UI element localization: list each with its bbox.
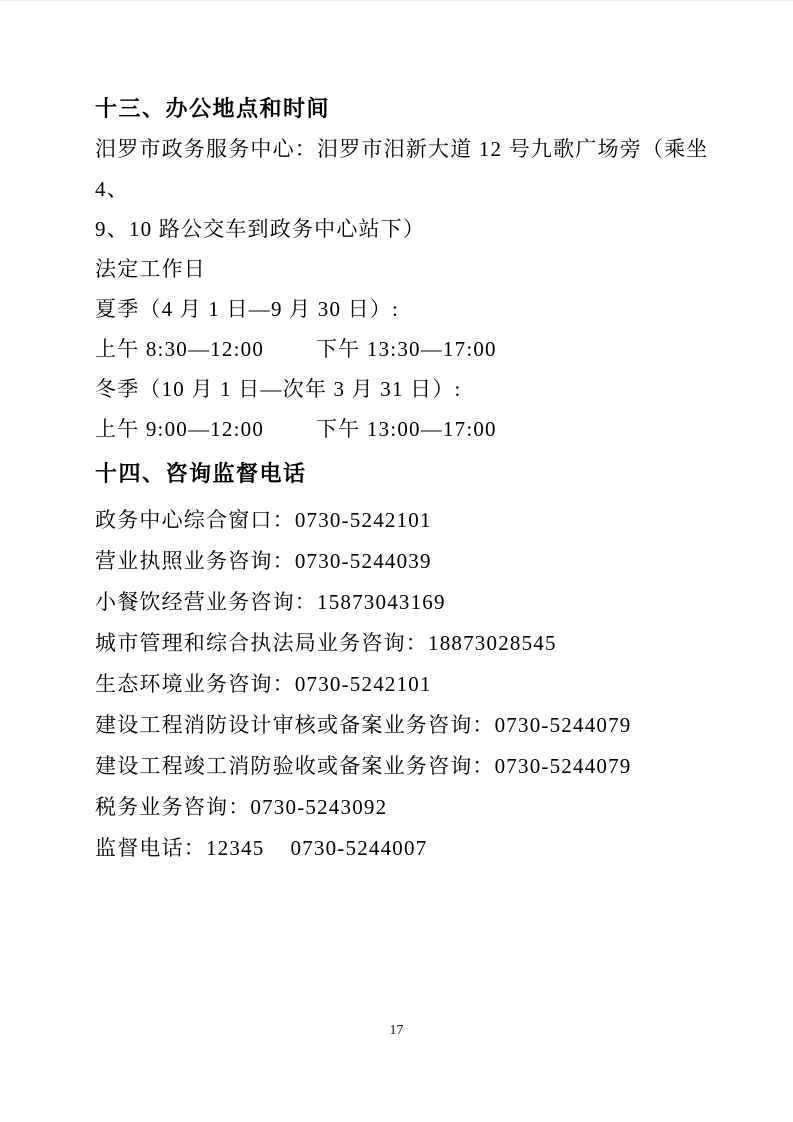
phone-number: 0730-5244079 bbox=[495, 713, 632, 737]
supervision-number-1: 12345 bbox=[206, 836, 265, 860]
phone-number: 0730-5242101 bbox=[295, 508, 432, 532]
phone-label: 小餐饮经营业务咨询： bbox=[95, 590, 317, 614]
winter-label-line: 冬季（10 月 1 日—次年 3 月 31 日）: bbox=[95, 369, 731, 409]
phone-entry: 城市管理和综合执法局业务咨询：18873028545 bbox=[95, 623, 731, 664]
section-13-heading: 十三、办公地点和时间 bbox=[95, 89, 731, 129]
supervision-line: 监督电话：123450730-5244007 bbox=[95, 828, 731, 869]
phone-label: 政务中心综合窗口： bbox=[95, 508, 295, 532]
phone-entry: 营业执照业务咨询：0730-5244039 bbox=[95, 541, 731, 582]
phone-number: 18873028545 bbox=[428, 631, 557, 655]
phone-list: 政务中心综合窗口：0730-5242101 营业执照业务咨询：0730-5244… bbox=[95, 500, 731, 869]
phone-entry: 建设工程消防设计审核或备案业务咨询：0730-5244079 bbox=[95, 705, 731, 746]
section-14-heading: 十四、咨询监督电话 bbox=[95, 454, 731, 494]
phone-entry: 小餐饮经营业务咨询：15873043169 bbox=[95, 582, 731, 623]
phone-number: 15873043169 bbox=[317, 590, 446, 614]
winter-morning-hours: 上午 9:00—12:00 bbox=[95, 417, 264, 441]
phone-label: 生态环境业务咨询： bbox=[95, 672, 295, 696]
summer-afternoon-hours: 下午 13:30—17:00 bbox=[316, 337, 497, 361]
phone-entry: 建设工程竣工消防验收或备案业务咨询：0730-5244079 bbox=[95, 746, 731, 787]
address-line-1: 汨罗市政务服务中心：汨罗市汨新大道 12 号九歌广场旁（乘坐 4、 bbox=[95, 129, 731, 209]
supervision-label: 监督电话： bbox=[95, 836, 206, 860]
phone-number: 0730-5244079 bbox=[495, 754, 632, 778]
phone-number: 0730-5244039 bbox=[295, 549, 432, 573]
phone-entry: 税务业务咨询：0730-5243092 bbox=[95, 787, 731, 828]
winter-hours-line: 上午 9:00—12:00下午 13:00—17:00 bbox=[95, 409, 731, 449]
address-line-2: 9、10 路公交车到政务中心站下） bbox=[95, 209, 731, 249]
supervision-number-2: 0730-5244007 bbox=[291, 836, 428, 860]
winter-afternoon-hours: 下午 13:00—17:00 bbox=[316, 417, 497, 441]
summer-label-line: 夏季（4 月 1 日—9 月 30 日）: bbox=[95, 289, 731, 329]
summer-morning-hours: 上午 8:30—12:00 bbox=[95, 337, 264, 361]
phone-entry: 政务中心综合窗口：0730-5242101 bbox=[95, 500, 731, 541]
phone-label: 建设工程消防设计审核或备案业务咨询： bbox=[95, 713, 495, 737]
phone-label: 税务业务咨询： bbox=[95, 795, 250, 819]
phone-entry: 生态环境业务咨询：0730-5242101 bbox=[95, 664, 731, 705]
phone-label: 建设工程竣工消防验收或备案业务咨询： bbox=[95, 754, 495, 778]
workdays-line: 法定工作日 bbox=[95, 249, 731, 289]
phone-number: 0730-5242101 bbox=[295, 672, 432, 696]
phone-number: 0730-5243092 bbox=[250, 795, 387, 819]
phone-label: 营业执照业务咨询： bbox=[95, 549, 295, 573]
document-content: 十三、办公地点和时间 汨罗市政务服务中心：汨罗市汨新大道 12 号九歌广场旁（乘… bbox=[0, 1, 793, 869]
summer-hours-line: 上午 8:30—12:00下午 13:30—17:00 bbox=[95, 329, 731, 369]
phone-label: 城市管理和综合执法局业务咨询： bbox=[95, 631, 428, 655]
page-number: 17 bbox=[0, 1023, 793, 1039]
document-page: 十三、办公地点和时间 汨罗市政务服务中心：汨罗市汨新大道 12 号九歌广场旁（乘… bbox=[0, 1, 793, 1122]
